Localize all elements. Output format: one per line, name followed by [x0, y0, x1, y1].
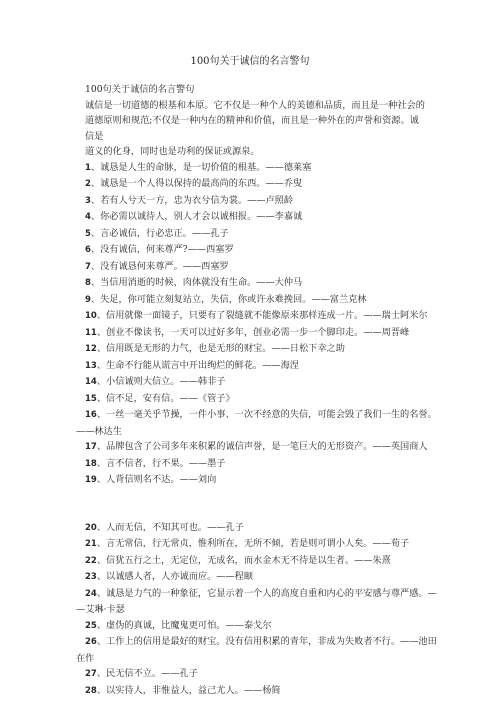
- quote-separator: 、: [97, 310, 106, 321]
- quote-separator: 、: [91, 244, 100, 255]
- quote-item: 24、诚恳是力气的一种象征，它显示着一个人的高度自重和内心的平安感与尊严感。—: [76, 586, 426, 603]
- quote-item: 18、言不信者，行不果。——墨子: [76, 456, 426, 473]
- quote-list: 20、人而无信，不知其可也。——孔子21、言无常信，行无常贞，惟利所在，无所不倾…: [76, 520, 426, 700]
- quote-separator: 、: [97, 620, 106, 631]
- quote-text: 言必诚信，行必忠正。——孔子: [100, 228, 229, 239]
- quote-number: 27: [85, 669, 97, 679]
- quote-number: 12: [85, 344, 97, 354]
- quote-separator: 、: [97, 668, 106, 679]
- quote-number: 19: [85, 475, 97, 485]
- quote-text: 言无常信，行无常贞，惟利所在，无所不倾，若是则可谓小人矣。——荀子: [106, 538, 409, 549]
- quote-text: 信用既是无形的力气，也是无形的财宝。——日松下幸之助: [106, 343, 345, 354]
- quote-item: 16、一丝一毫关乎节操，一件小事、一次不经意的失信，可能会毁了我们一生的名誉。: [76, 407, 426, 424]
- intro-line: 道德原则和规范;不仅是一种内在的精神和价值，而且是一种外在的声誉和资源。诚信是: [76, 113, 426, 144]
- quote-text: 民无信不立。——孔子: [106, 668, 198, 679]
- quote-separator: 、: [97, 360, 106, 371]
- quote-item: 9、失足，你可能立刻复站立，失信，你或许永难挽回。——富兰克林: [76, 292, 426, 309]
- quote-separator: 、: [97, 555, 106, 566]
- quote-separator: 、: [97, 588, 106, 599]
- quote-text: 一丝一毫关乎节操，一件小事、一次不经意的失信，可能会毁了我们一生的名誉。: [106, 409, 437, 420]
- quote-separator: 、: [97, 636, 106, 647]
- quote-separator: 、: [97, 343, 106, 354]
- quote-text: 信用就像一面镜子，只要有了裂缝就不能像原来那样连成一片。——瑞士阿米尔: [106, 310, 428, 321]
- quote-separator: 、: [97, 538, 106, 549]
- quote-separator: 、: [91, 162, 100, 173]
- intro-line: 道义的化身，同时也是功利的保证或源泉。: [76, 144, 426, 160]
- quote-item: 7、没有诚恳何来尊严。——西塞罗: [76, 259, 426, 276]
- quote-item: 20、人而无信，不知其可也。——孔子: [76, 520, 426, 537]
- quote-item: 19、人背信则名不达。——刘向: [76, 472, 426, 489]
- section-heading: 100句关于诚信的名言警句: [76, 82, 426, 98]
- quote-list: 1、诚恳是人生的命脉，是一切价值的根基。——德莱塞2、诚恳是一个人得以保持的最高…: [76, 160, 426, 489]
- quote-item: 11、创业不像读书，一天可以过好多年，创业必需一步一个脚印走。——周晋峰: [76, 325, 426, 342]
- quote-item: 12、信用既是无形的力气，也是无形的财宝。——日松下幸之助: [76, 341, 426, 358]
- quote-text: 工作上的信用是最好的财宝。没有信用积累的青年，非成为失败者不行。——池田: [106, 636, 437, 647]
- page-gap: [76, 489, 426, 520]
- quote-text: 以实待人，非惟益人，益己尤人。——杨简: [106, 685, 281, 696]
- quote-number: 22: [85, 556, 97, 566]
- quote-item: 1、诚恳是人生的命脉，是一切价值的根基。——德莱塞: [76, 160, 426, 177]
- quote-text: 品牌包含了公司多年来积累的诚信声誉，是一笔巨大的无形资产。——英国商人: [106, 441, 428, 452]
- quote-text: 当信用消逝的时候，肉体就没有生命。——大仲马: [100, 277, 302, 288]
- quote-separator: 、: [97, 327, 106, 338]
- quote-item: 27、民无信不立。——孔子: [76, 666, 426, 683]
- quote-item: 5、言必诚信，行必忠正。——孔子: [76, 226, 426, 243]
- quote-separator: 、: [91, 228, 100, 239]
- quote-item: 17、品牌包含了公司多年来积累的诚信声誉，是一笔巨大的无形资产。——英国商人: [76, 439, 426, 456]
- quote-item: 23、以诚感人者，人亦诚而应。——程颐: [76, 569, 426, 586]
- quote-separator: 、: [97, 409, 106, 420]
- intro-line: 诚信是一切道德的根基和本原。它不仅是一种个人的美德和品质，而且是一种社会的: [76, 98, 426, 114]
- quote-number: 26: [85, 637, 97, 647]
- quote-item: 13、生命不行能从谎言中开出绚烂的鲜花。——海涅: [76, 358, 426, 375]
- quote-item: 21、言无常信，行无常贞，惟利所在，无所不倾，若是则可谓小人矣。——荀子: [76, 536, 426, 553]
- quote-separator: 、: [91, 195, 100, 206]
- quote-text: 没有诚信，何来尊严?——西塞罗: [100, 244, 234, 255]
- quote-number: 18: [85, 459, 97, 469]
- quote-number: 17: [85, 442, 97, 452]
- quote-continuation: —艾琳·卡瑟: [76, 602, 426, 618]
- quote-separator: 、: [91, 277, 100, 288]
- quote-number: 23: [85, 572, 97, 582]
- quote-item: 2、诚恳是一个人得以保持的最高尚的东西。——乔叟: [76, 176, 426, 193]
- quote-text: 以诚感人者，人亦诚而应。——程颐: [106, 571, 253, 582]
- quote-text: 创业不像读书，一天可以过好多年，创业必需一步一个脚印走。——周晋峰: [106, 327, 409, 338]
- document-body: 100句关于诚信的名言警句 诚信是一切道德的根基和本原。它不仅是一种个人的美德和…: [76, 82, 426, 699]
- quote-number: 21: [85, 539, 97, 549]
- quote-item: 14、小信诚则大信立。——韩非子: [76, 374, 426, 391]
- quote-item: 3、若有人兮天一方，忠为衣兮信为裳。——卢照龄: [76, 193, 426, 210]
- quote-text: 没有诚恳何来尊严。——西塞罗: [100, 261, 229, 272]
- quote-separator: 、: [91, 178, 100, 189]
- quote-text: 若有人兮天一方，忠为衣兮信为裳。——卢照龄: [100, 195, 293, 206]
- quote-number: 20: [85, 523, 97, 533]
- quote-number: 24: [85, 589, 97, 599]
- quote-separator: 、: [91, 211, 100, 222]
- quote-item: 10、信用就像一面镜子，只要有了裂缝就不能像原来那样连成一片。——瑞士阿米尔: [76, 308, 426, 325]
- quote-item: 26、工作上的信用是最好的财宝。没有信用积累的青年，非成为失败者不行。——池田: [76, 634, 426, 651]
- quote-separator: 、: [91, 294, 100, 305]
- quote-text: 信不足，安有信。——《管子》: [106, 393, 235, 404]
- quote-separator: 、: [91, 261, 100, 272]
- quote-text: 言不信者，行不果。——墨子: [106, 458, 225, 469]
- quote-number: 13: [85, 361, 97, 371]
- quote-separator: 、: [97, 522, 106, 533]
- quote-number: 25: [85, 621, 97, 631]
- quote-separator: 、: [97, 685, 106, 696]
- quote-text: 人背信则名不达。——刘向: [106, 474, 216, 485]
- document-title: 100句关于诚信的名言警句: [0, 55, 500, 69]
- quote-item: 6、没有诚信，何来尊严?——西塞罗: [76, 242, 426, 259]
- quote-continuation: 在作: [76, 651, 426, 667]
- quote-number: 14: [85, 377, 97, 387]
- quote-item: 22、信犹五行之土，无定位，无成名，而水金木无不待是以生者。——朱熹: [76, 553, 426, 570]
- quote-separator: 、: [97, 458, 106, 469]
- quote-text: 小信诚则大信立。——韩非子: [106, 376, 225, 387]
- quote-text: 失足，你可能立刻复站立，失信，你或许永难挽回。——富兰克林: [100, 294, 366, 305]
- quote-text: 你必需以诚待人，别人才会以诚相报。——李嘉诚: [100, 211, 302, 222]
- quote-text: 虚伪的真诚，比魔鬼更可怕。——泰戈尔: [106, 620, 271, 631]
- quote-text: 诚恳是人生的命脉，是一切价值的根基。——德莱塞: [100, 162, 311, 173]
- quote-separator: 、: [97, 571, 106, 582]
- quote-text: 诚恳是一个人得以保持的最高尚的东西。——乔叟: [100, 178, 302, 189]
- quote-item: 25、虚伪的真诚，比魔鬼更可怕。——泰戈尔: [76, 618, 426, 635]
- quote-item: 8、当信用消逝的时候，肉体就没有生命。——大仲马: [76, 275, 426, 292]
- quote-text: 信犹五行之土，无定位，无成名，而水金木无不待是以生者。——朱熹: [106, 555, 391, 566]
- quote-separator: 、: [97, 474, 106, 485]
- quote-number: 28: [85, 686, 97, 696]
- quote-separator: 、: [97, 393, 106, 404]
- quote-number: 11: [85, 328, 97, 338]
- quote-text: 人而无信，不知其可也。——孔子: [106, 522, 244, 533]
- quote-separator: 、: [97, 441, 106, 452]
- quote-separator: 、: [97, 376, 106, 387]
- quote-number: 16: [85, 410, 97, 420]
- quote-text: 诚恳是力气的一种象征，它显示着一个人的高度自重和内心的平安感与尊严感。—: [106, 588, 437, 599]
- quote-number: 10: [85, 311, 97, 321]
- quote-text: 生命不行能从谎言中开出绚烂的鲜花。——海涅: [106, 360, 299, 371]
- quote-number: 15: [85, 394, 97, 404]
- quote-item: 15、信不足，安有信。——《管子》: [76, 391, 426, 408]
- quote-item: 28、以实待人，非惟益人，益己尤人。——杨简: [76, 683, 426, 700]
- quote-continuation: ——林达生: [76, 424, 426, 440]
- quote-item: 4、你必需以诚待人，别人才会以诚相报。——李嘉诚: [76, 209, 426, 226]
